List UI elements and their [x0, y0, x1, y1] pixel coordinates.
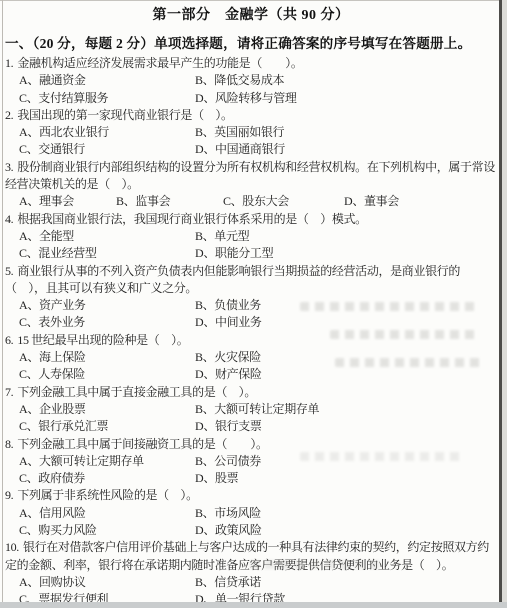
option-b: B、监事会: [116, 193, 223, 210]
option-c: C、混业经营型: [19, 245, 195, 262]
ink-bleed-artifact: [300, 302, 475, 311]
scan-edge-top: [0, 0, 507, 1]
question-block-1: 1.金融机构适应经济发展需求最早产生的功能是（ ）。 A、融通资金 B、降低交易…: [5, 55, 497, 107]
option-list: A、全能型 B、单元型 C、混业经营型 D、职能分工型: [5, 228, 497, 263]
question-stem: 1.金融机构适应经济发展需求最早产生的功能是（ ）。: [5, 55, 497, 72]
option-list: A、理事会 B、监事会 C、股东大会 D、董事会: [5, 193, 497, 210]
option-a: A、资产业务: [19, 297, 195, 314]
option-list: A、信用风险 B、市场风险 C、购买力风险 D、政策风险: [5, 505, 497, 540]
question-block-3: 3.股份制商业银行内部组织结构的设置分为所有权机构和经营权机构。在下列机构中，属…: [5, 159, 497, 211]
question-number: 5.: [5, 264, 13, 278]
question-block-5: 5.商业银行从事的不列入资产负债表内但能影响银行当期损益的经营活动，是商业银行的…: [5, 263, 497, 332]
option-a: A、企业股票: [19, 401, 195, 418]
question-stem: 8.下列金融工具中属于间接融资工具的是（ ）。: [5, 436, 497, 453]
question-block-4: 4.根据我国商业银行法，我国现行商业银行体系采用的是（ ）模式。 A、全能型 B…: [5, 211, 497, 263]
option-d: D、风险转移与管理: [195, 90, 497, 107]
option-c: C、交通银行: [19, 141, 195, 158]
option-a: A、回购协议: [19, 574, 195, 591]
question-number: 1.: [5, 56, 13, 70]
question-number: 4.: [5, 212, 13, 226]
question-text: 下列金融工具中属于间接融资工具的是（ ）。: [17, 437, 267, 451]
option-c: C、人寿保险: [19, 366, 195, 383]
question-number: 7.: [5, 385, 13, 399]
question-text: 15 世纪最早出现的险种是（ ）。: [17, 333, 188, 347]
scan-edge-bottom-shadow: [0, 602, 507, 608]
scanned-exam-page: 第一部分 金融学（共 90 分） 一、（20 分，每题 2 分）单项选择题，请将…: [0, 0, 507, 608]
question-text: 商业银行从事的不列入资产负债表内但能影响银行当期损益的经营活动，是商业银行的（ …: [5, 264, 460, 295]
option-c: C、表外业务: [19, 314, 195, 331]
question-text: 下列属于非系统性风险的是（ ）。: [17, 488, 197, 502]
option-d: D、董事会: [344, 193, 399, 210]
ink-bleed-artifact: [335, 358, 480, 367]
question-stem: 3.股份制商业银行内部组织结构的设置分为所有权机构和经营权机构。在下列机构中，属…: [5, 159, 497, 194]
option-b: B、市场风险: [195, 505, 497, 522]
option-c: C、股东大会: [223, 193, 344, 210]
option-b: B、英国丽如银行: [195, 124, 497, 141]
question-text: 我国出现的第一家现代商业银行是（ ）。: [17, 108, 232, 122]
question-block-9: 9.下列属于非系统性风险的是（ ）。 A、信用风险 B、市场风险 C、购买力风险…: [5, 487, 497, 539]
question-text: 金融机构适应经济发展需求最早产生的功能是（ ）。: [17, 56, 302, 70]
question-number: 2.: [5, 108, 13, 122]
option-a: A、理事会: [19, 193, 116, 210]
option-d: D、财产保险: [195, 366, 497, 383]
option-d: D、职能分工型: [195, 245, 497, 262]
option-b: B、单元型: [195, 228, 497, 245]
question-stem: 9.下列属于非系统性风险的是（ ）。: [5, 487, 497, 504]
question-block-7: 7.下列金融工具中属于直接金融工具的是（ ）。 A、企业股票 B、大额可转让定期…: [5, 384, 497, 436]
question-block-2: 2.我国出现的第一家现代商业银行是（ ）。 A、西北农业银行 B、英国丽如银行 …: [5, 107, 497, 159]
question-text: 根据我国商业银行法，我国现行商业银行体系采用的是（ ）模式。: [17, 212, 367, 226]
option-d: D、政策风险: [195, 522, 497, 539]
option-d: D、银行支票: [195, 418, 497, 435]
option-list: A、融通资金 B、降低交易成本 C、支付结算服务 D、风险转移与管理: [5, 72, 497, 107]
question-number: 6.: [5, 333, 13, 347]
question-text: 下列金融工具中属于直接金融工具的是（ ）。: [17, 385, 256, 399]
option-a: A、融通资金: [19, 72, 195, 89]
option-a: A、大额可转让定期存单: [19, 453, 195, 470]
option-c: C、购买力风险: [19, 522, 195, 539]
question-stem: 4.根据我国商业银行法，我国现行商业银行体系采用的是（ ）模式。: [5, 211, 497, 228]
ink-bleed-artifact: [250, 560, 380, 569]
option-b: B、大额可转让定期存单: [195, 401, 497, 418]
option-c: C、支付结算服务: [19, 90, 195, 107]
option-a: A、海上保险: [19, 349, 195, 366]
question-block-10: 10.银行在对借款客户信用评价基础上与客户达成的一种具有法律约束的契约，约定按照…: [5, 539, 497, 608]
option-c: C、政府债券: [19, 470, 195, 487]
scan-edge-left: [2, 0, 3, 608]
option-a: A、信用风险: [19, 505, 195, 522]
question-text: 银行在对借款客户信用评价基础上与客户达成的一种具有法律约束的契约，约定按照双方约…: [5, 540, 489, 571]
question-stem: 5.商业银行从事的不列入资产负债表内但能影响银行当期损益的经营活动，是商业银行的…: [5, 263, 497, 298]
option-d: D、中国通商银行: [195, 141, 497, 158]
option-a: A、西北农业银行: [19, 124, 195, 141]
section-instruction: 一、（20 分，每题 2 分）单项选择题，请将正确答案的序号填写在答题册上。: [5, 34, 497, 53]
option-d: D、股票: [195, 470, 497, 487]
question-block-8: 8.下列金融工具中属于间接融资工具的是（ ）。 A、大额可转让定期存单 B、公司…: [5, 436, 497, 488]
question-number: 8.: [5, 437, 13, 451]
question-text: 股份制商业银行内部组织结构的设置分为所有权机构和经营权机构。在下列机构中，属于常…: [5, 160, 495, 191]
option-list: A、企业股票 B、大额可转让定期存单 C、银行承兑汇票 D、银行支票: [5, 401, 497, 436]
question-stem: 7.下列金融工具中属于直接金融工具的是（ ）。: [5, 384, 497, 401]
question-number: 10.: [5, 540, 19, 554]
part-title: 第一部分 金融学（共 90 分）: [5, 5, 497, 27]
ink-bleed-artifact: [330, 330, 480, 339]
question-number: 9.: [5, 488, 13, 502]
question-number: 3.: [5, 160, 13, 174]
option-b: B、降低交易成本: [195, 72, 497, 89]
option-c: C、银行承兑汇票: [19, 418, 195, 435]
scan-edge-right-strip: [502, 0, 507, 608]
option-list: A、西北农业银行 B、英国丽如银行 C、交通银行 D、中国通商银行: [5, 124, 497, 159]
option-a: A、全能型: [19, 228, 195, 245]
question-stem: 2.我国出现的第一家现代商业银行是（ ）。: [5, 107, 497, 124]
ink-bleed-artifact: [300, 452, 460, 461]
option-b: B、信贷承诺: [195, 574, 497, 591]
